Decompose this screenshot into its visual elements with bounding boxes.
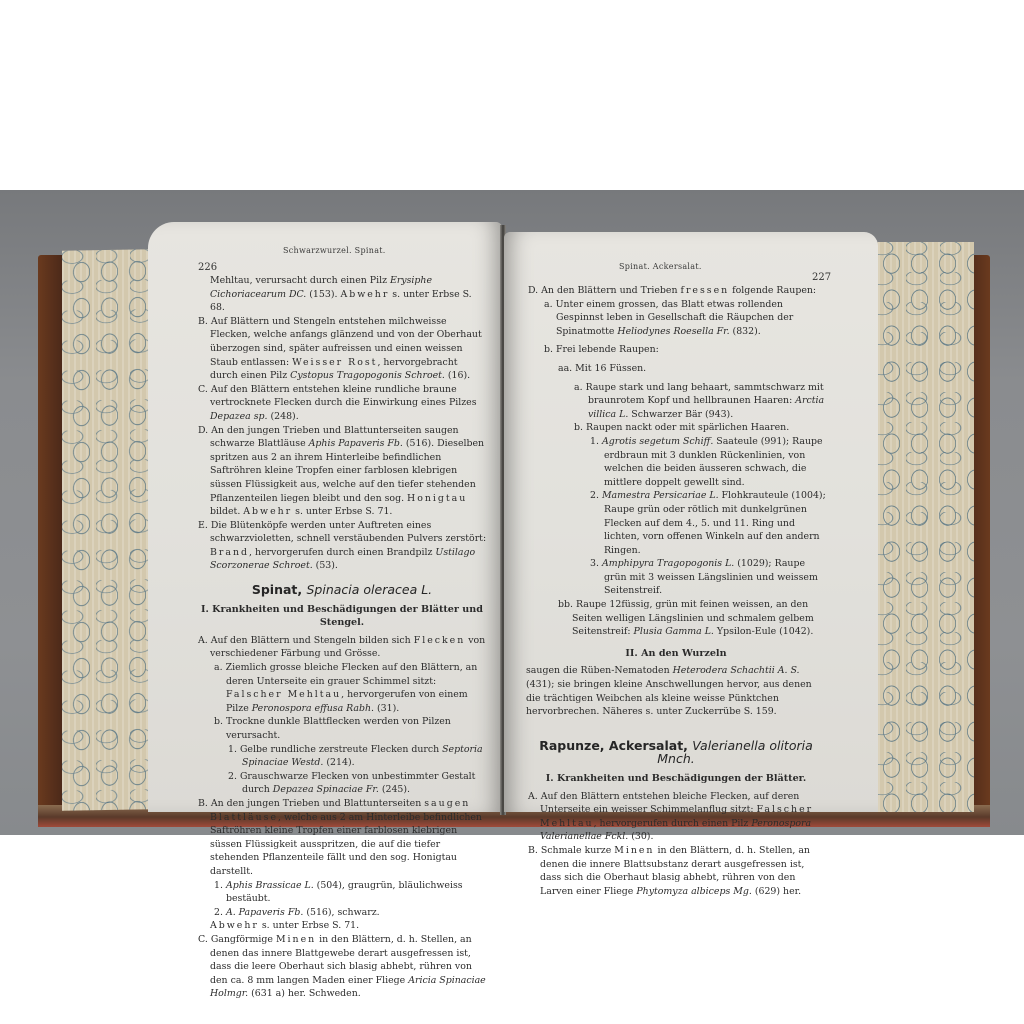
subsection-heading-wurzeln: II. An den Wurzeln: [526, 647, 826, 661]
paragraph-spinat-Aa: a. Ziemlich grosse bleiche Flecken auf d…: [196, 661, 488, 715]
paragraph-spinat-Ab1: 1. Gelbe rundliche zerstreute Flecken du…: [196, 743, 488, 770]
paragraph-item-E: E. Die Blütenköpfe werden unter Auftrete…: [196, 519, 488, 573]
section-heading-spinat: Spinat, Spinacia oleracea L.: [196, 583, 488, 597]
left-page-body: Mehltau, verursacht durch einen Pilz Ery…: [196, 274, 488, 1001]
subsection-heading: I. Krankheiten und Beschädigungen der Bl…: [196, 603, 488, 630]
left-page: Schwarzwurzel. Spinat. 226 Mehltau, veru…: [148, 222, 502, 812]
paragraph-rapunze-A: A. Auf den Blättern entstehen bleiche Fl…: [526, 790, 826, 844]
paragraph-Dbbb: bb. Raupe 12füssig, grün mit feinen weis…: [526, 598, 826, 639]
paragraph-spinat-B2: 2. A. Papaveris Fb. (516), schwarz.: [196, 906, 488, 920]
paragraph-Dbaa-a: a. Raupe stark und lang behaart, sammtsc…: [526, 381, 826, 422]
paragraph-item-C: C. Auf den Blättern entstehen kleine run…: [196, 383, 488, 424]
paragraph-intro: Mehltau, verursacht durch einen Pilz Ery…: [196, 274, 488, 315]
paragraph-rapunze-B: B. Schmale kurze Minen in den Blättern, …: [526, 844, 826, 898]
paragraph-spinat-B: B. An den jungen Trieben und Blattunters…: [196, 797, 488, 879]
paragraph-Dbaa-b: b. Raupen nackt oder mit spärlichen Haar…: [526, 421, 826, 435]
right-page-body: D. An den Blättern und Trieben fressen f…: [526, 284, 826, 898]
paragraph-wurzeln: saugen die Rüben-Nematoden Heterodera Sc…: [526, 664, 826, 718]
paragraph-spinat-B1: 1. Aphis Brassicae L. (504), graugrün, b…: [196, 879, 488, 906]
right-page: Spinat. Ackersalat. 227 D. An den Blätte…: [504, 232, 878, 812]
page-number: 226: [198, 262, 217, 273]
paragraph-Db: b. Frei lebende Raupen:: [526, 343, 826, 357]
paragraph-spinat-abwehr: Abwehr s. unter Erbse S. 71.: [196, 919, 488, 933]
section-heading-rapunze: Rapunze, Ackersalat, Valerianella olitor…: [526, 739, 826, 766]
subsection-heading: I. Krankheiten und Beschädigungen der Bl…: [526, 772, 826, 786]
paragraph-Da: a. Unter einem grossen, das Blatt etwas …: [526, 298, 826, 339]
paragraph-spinat-Ab: b. Trockne dunkle Blattflecken werden vo…: [196, 715, 488, 742]
paragraph-spinat-Ab2: 2. Grauschwarze Flecken von unbestimmter…: [196, 770, 488, 797]
paragraph-item-B: B. Auf Blättern und Stengeln entstehen m…: [196, 315, 488, 383]
running-head: Schwarzwurzel. Spinat.: [283, 246, 386, 255]
paragraph-D: D. An den Blättern und Trieben fressen f…: [526, 284, 826, 298]
paragraph-Dbaa-b1: 1. Agrotis segetum Schiff. Saateule (991…: [526, 435, 826, 489]
paragraph-Dbaa: aa. Mit 16 Füssen.: [526, 362, 826, 376]
marbled-fore-edge-left: [62, 249, 154, 811]
paragraph-Dbaa-b3: 3. Amphipyra Tragopogonis L. (1029); Rau…: [526, 557, 826, 598]
paragraph-spinat-A: A. Auf den Blättern und Stengeln bilden …: [196, 634, 488, 661]
running-head: Spinat. Ackersalat.: [619, 262, 702, 271]
page-number: 227: [812, 272, 831, 283]
paragraph-Dbaa-b2: 2. Mamestra Persicariae L. Flohkrauteule…: [526, 489, 826, 557]
paragraph-item-D: D. An den jungen Trieben und Blattunters…: [196, 424, 488, 519]
paragraph-spinat-C: C. Gangförmige Minen in den Blättern, d.…: [196, 933, 488, 1001]
marbled-fore-edge-right: [872, 242, 974, 812]
